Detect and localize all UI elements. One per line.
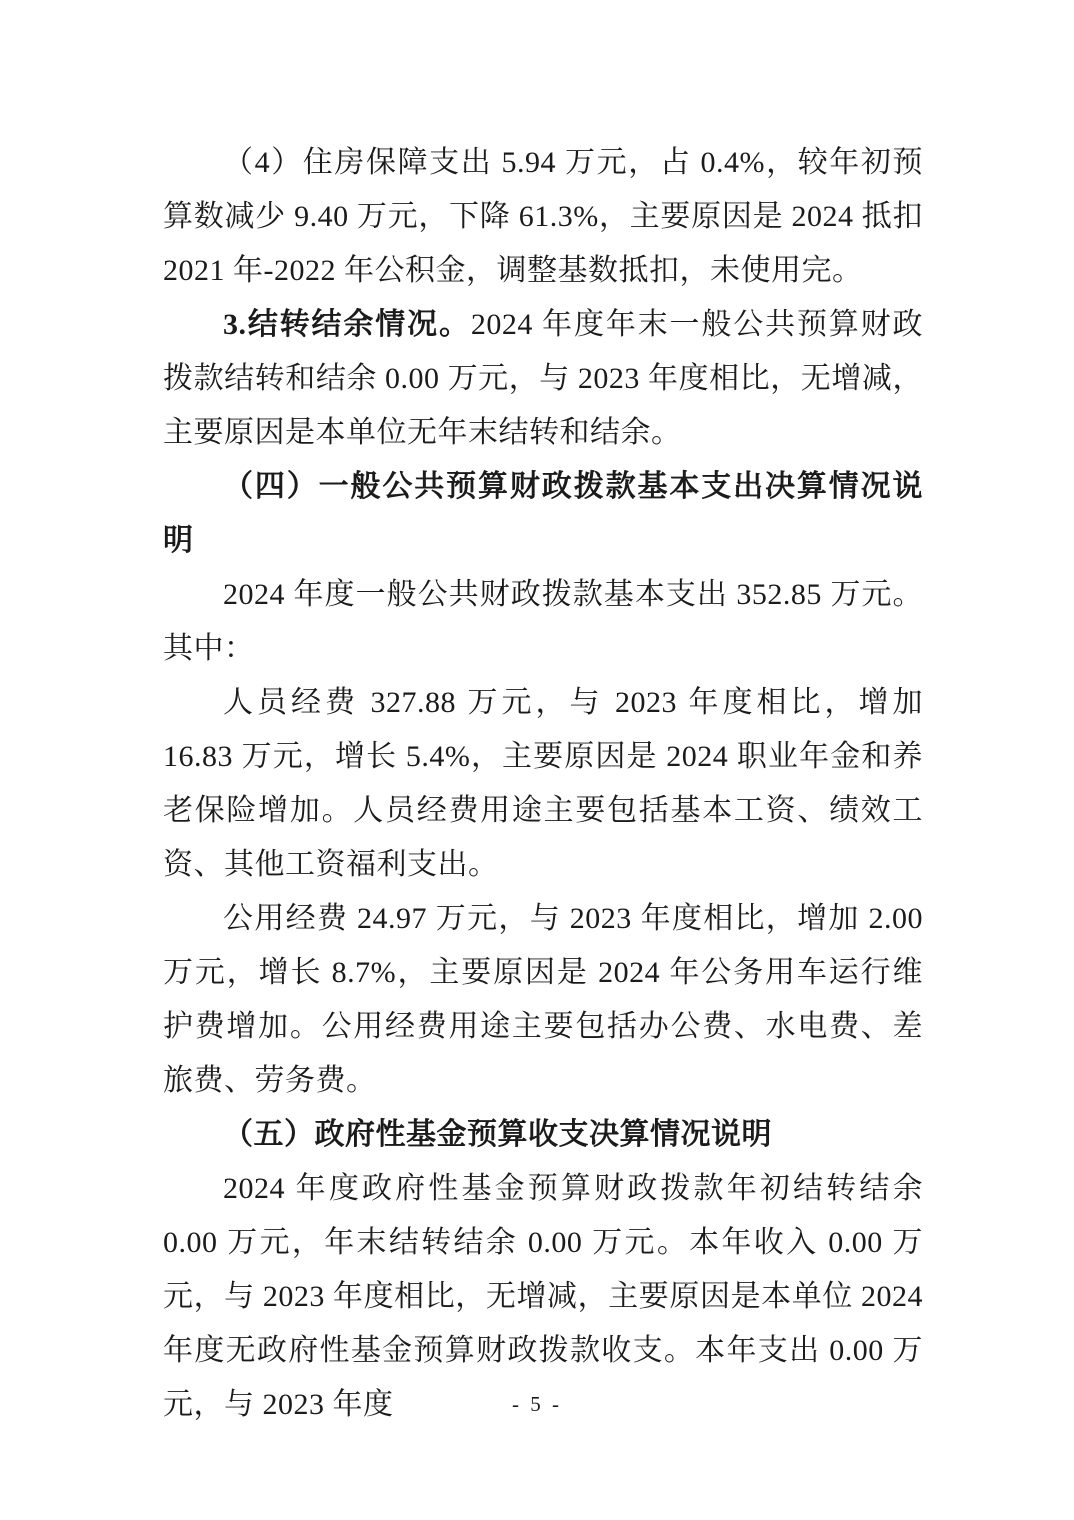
heading-section-5-government-fund: （五）政府性基金预算收支决算情况说明 (163, 1108, 923, 1162)
paragraph-housing-support-expense: （4）住房保障支出 5.94 万元，占 0.4%，较年初预算数减少 9.40 万… (163, 136, 923, 298)
page-number: - 5 - (512, 1392, 562, 1416)
paragraph-basic-expenditure-total: 2024 年度一般公共财政拨款基本支出 352.85 万元。其中： (163, 568, 923, 676)
paragraph-public-funds: 公用经费 24.97 万元，与 2023 年度相比，增加 2.00 万元，增长 … (163, 892, 923, 1108)
page-footer: - 5 - (0, 1392, 1074, 1417)
paragraph-carryover-balance: 3.结转结余情况。2024 年度年末一般公共预算财政拨款结转和结余 0.00 万… (163, 298, 923, 460)
paragraph-carryover-bold-lead: 3.结转结余情况。 (223, 308, 471, 341)
heading-section-4-basic-expenditure: （四）一般公共预算财政拨款基本支出决算情况说明 (163, 460, 923, 568)
document-page: （4）住房保障支出 5.94 万元，占 0.4%，较年初预算数减少 9.40 万… (0, 0, 1074, 1520)
paragraph-personnel-funds: 人员经费 327.88 万元，与 2023 年度相比，增加 16.83 万元，增… (163, 676, 923, 892)
document-content: （4）住房保障支出 5.94 万元，占 0.4%，较年初预算数减少 9.40 万… (163, 136, 923, 1432)
